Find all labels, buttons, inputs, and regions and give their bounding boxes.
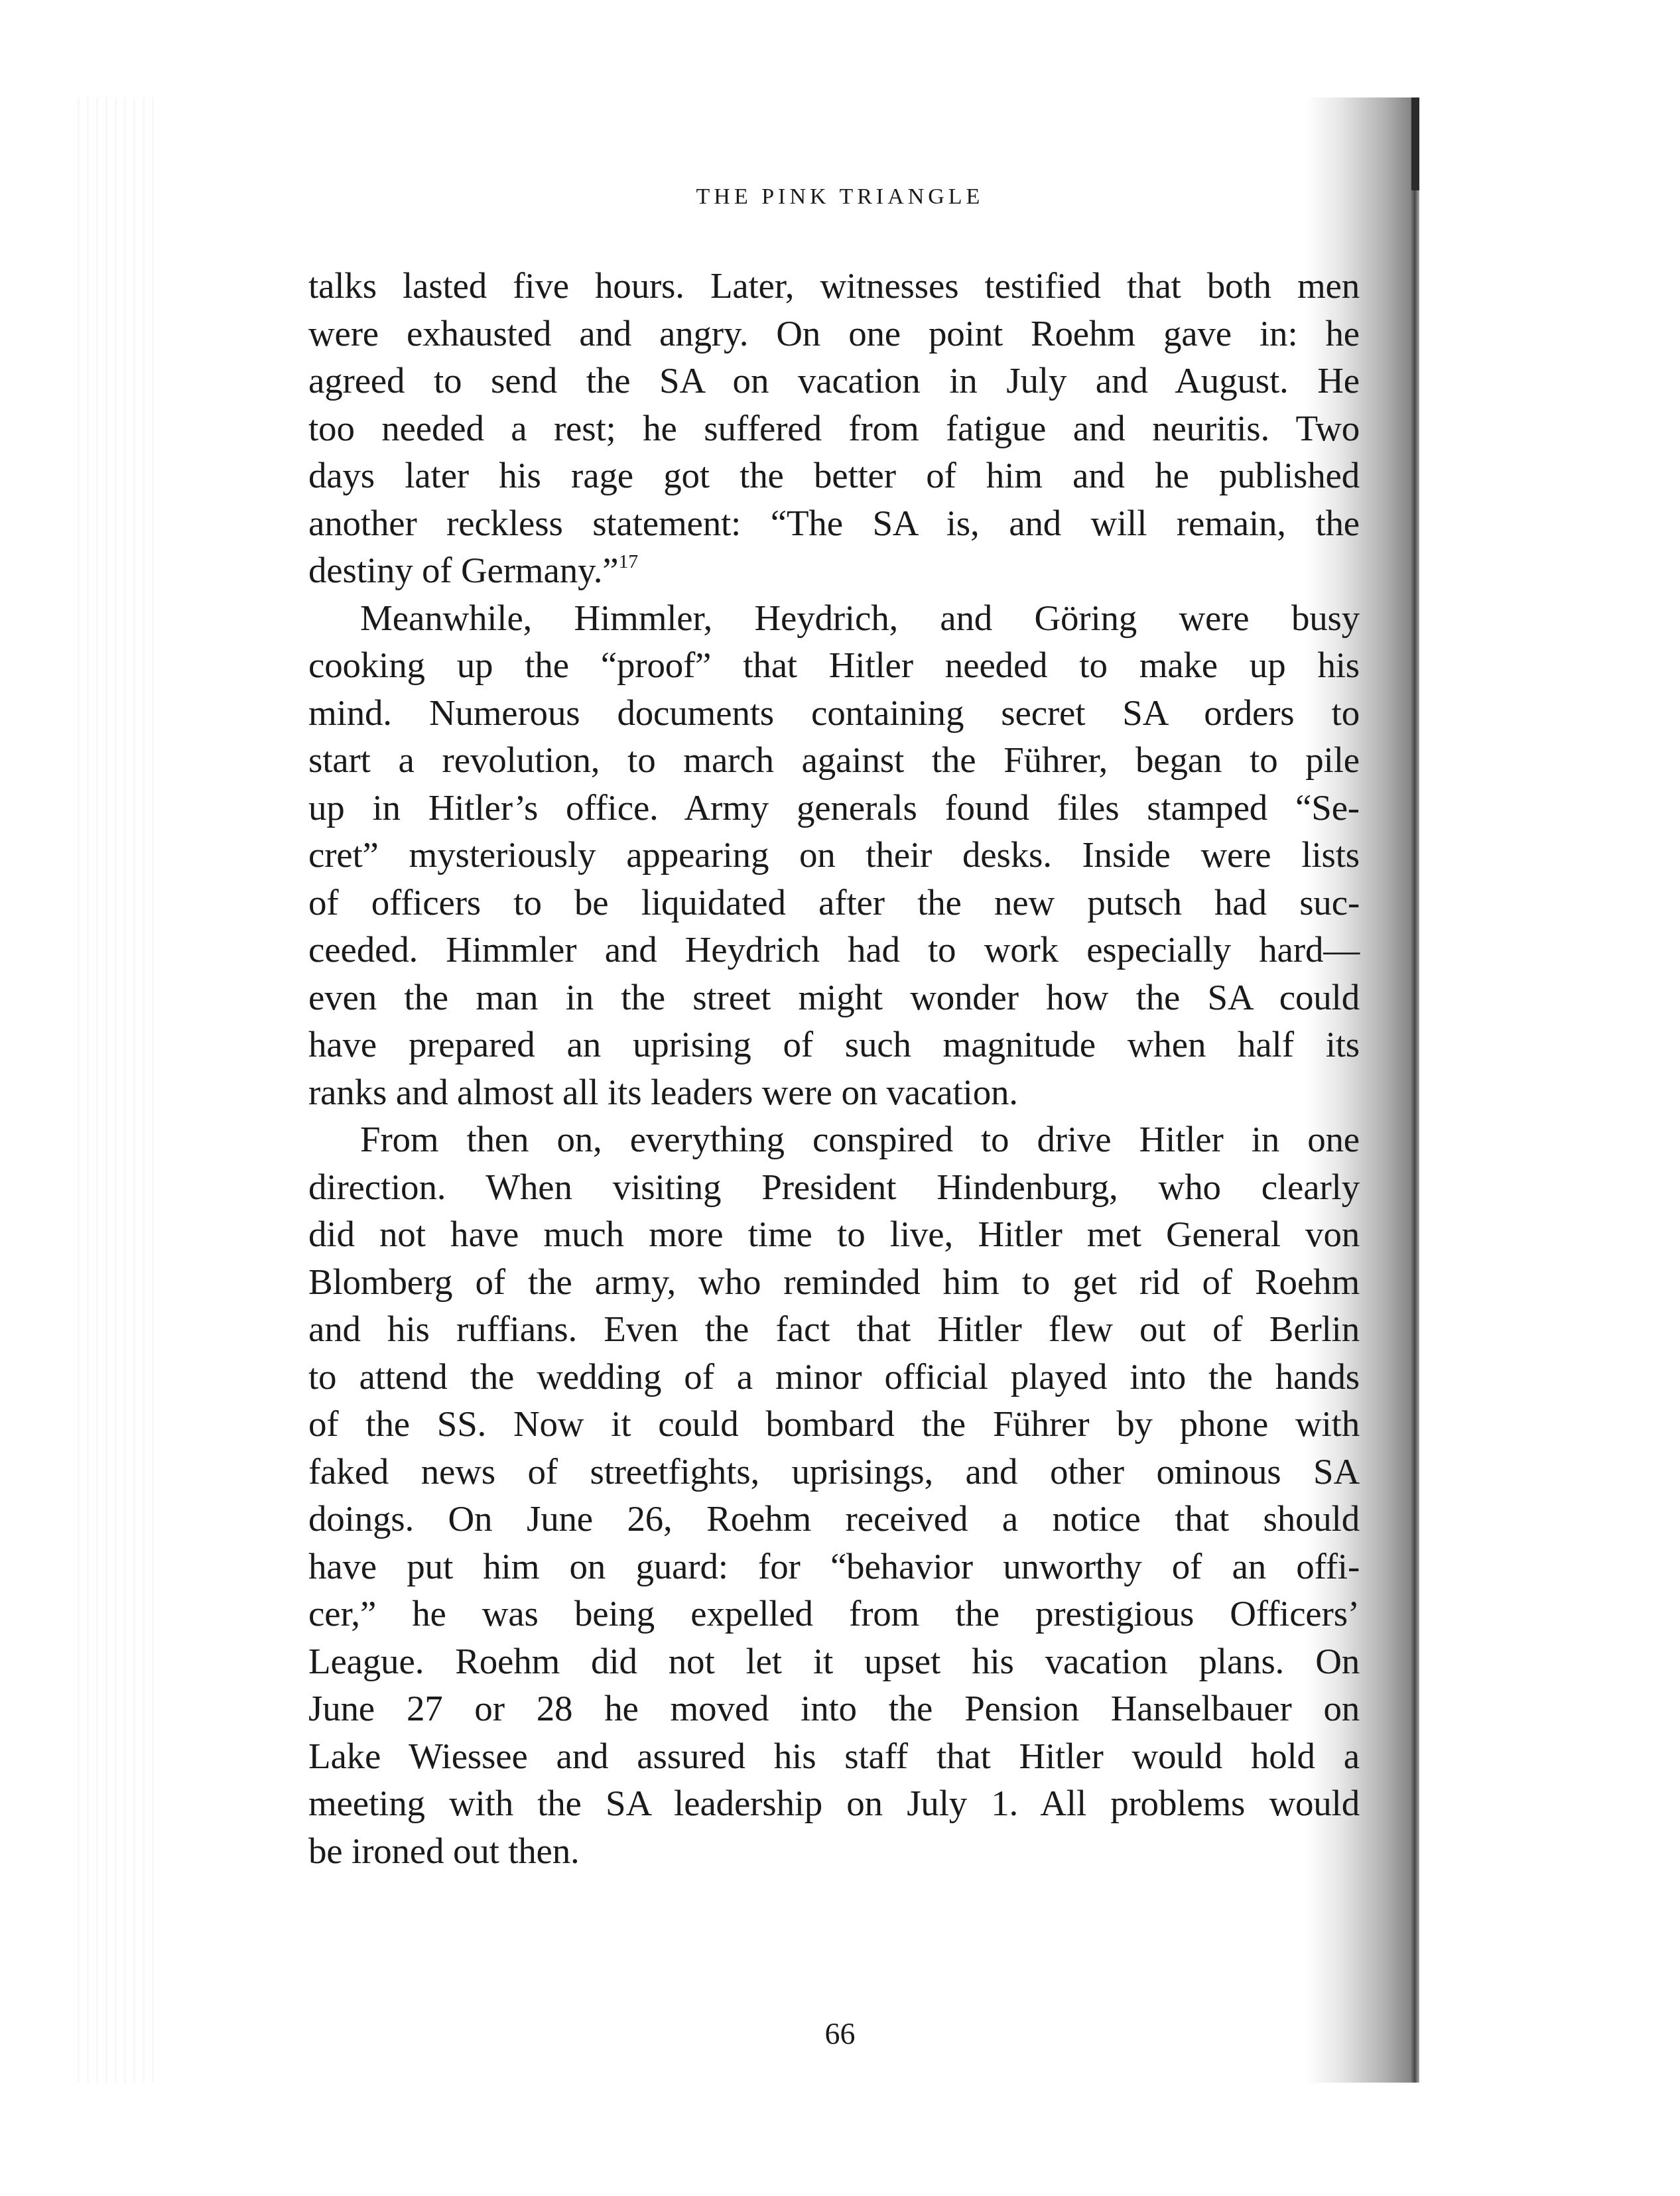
text-line: to attend the wedding of a minor officia… [308,1353,1360,1401]
line-text: faked news of streetfights, uprisings, a… [308,1451,1360,1492]
text-line: were exhausted and angry. On one point R… [308,310,1360,357]
page-number: 66 [0,2016,1680,2051]
line-text: cer,” he was being expelled from the pre… [308,1593,1360,1634]
line-text: agreed to send the SA on vacation in Jul… [308,360,1360,401]
running-head: THE PINK TRIANGLE [0,184,1680,210]
line-text: even the man in the street might wonder … [308,977,1360,1017]
text-line: meeting with the SA leadership on July 1… [308,1779,1360,1827]
line-text: destiny of Germany.” [308,550,618,590]
line-text: cooking up the “proof” that Hitler neede… [308,645,1360,685]
line-text: June 27 or 28 he moved into the Pension … [308,1688,1360,1728]
line-text: were exhausted and angry. On one point R… [308,313,1360,354]
line-text: Lake Wiessee and assured his staff that … [308,1736,1360,1776]
text-line: too needed a rest; he suffered from fati… [308,405,1360,452]
line-text: ranks and almost all its leaders were on… [308,1072,1018,1112]
line-text: meeting with the SA leadership on July 1… [308,1783,1360,1823]
line-text: another reckless statement: “The SA is, … [308,503,1360,543]
text-line: even the man in the street might wonder … [308,974,1360,1021]
footnote-reference: 17 [618,550,638,572]
facing-page-bleed-through [78,97,157,2083]
text-line: of the SS. Now it could bombard the Führ… [308,1400,1360,1448]
line-text: talks lasted five hours. Later, witnesse… [308,265,1360,306]
text-line: agreed to send the SA on vacation in Jul… [308,357,1360,405]
text-line: cooking up the “proof” that Hitler neede… [308,641,1360,689]
text-line: cret” mysteriously appearing on their de… [308,831,1360,879]
line-text: ceeded. Himmler and Heydrich had to work… [308,929,1360,970]
text-line: Lake Wiessee and assured his staff that … [308,1732,1360,1780]
line-text: up in Hitler’s office. Army generals fou… [308,787,1360,828]
text-line: ranks and almost all its leaders were on… [308,1068,1360,1116]
line-text: have put him on guard: for “behavior unw… [308,1546,1360,1586]
line-text: too needed a rest; he suffered from fati… [308,408,1360,448]
line-text: cret” mysteriously appearing on their de… [308,834,1360,875]
line-text: doings. On June 26, Roehm received a not… [308,1498,1360,1539]
text-line: another reckless statement: “The SA is, … [308,499,1360,547]
text-line: start a revolution, to march against the… [308,736,1360,784]
line-text: have prepared an uprising of such magnit… [308,1024,1360,1065]
text-line: talks lasted five hours. Later, witnesse… [308,262,1360,310]
text-line: League. Roehm did not let it upset his v… [308,1638,1360,1685]
text-line: days later his rage got the better of hi… [308,452,1360,499]
line-text: From then on, everything conspired to dr… [360,1119,1360,1159]
line-text: Meanwhile, Himmler, Heydrich, and Göring… [360,598,1360,638]
line-text: did not have much more time to live, Hit… [308,1214,1360,1254]
text-line: have prepared an uprising of such magnit… [308,1021,1360,1068]
text-line: ceeded. Himmler and Heydrich had to work… [308,926,1360,974]
text-line: cer,” he was being expelled from the pre… [308,1590,1360,1638]
body-text: talks lasted five hours. Later, witnesse… [308,262,1360,1874]
text-line: of officers to be liquidated after the n… [308,879,1360,927]
text-line: destiny of Germany.”17 [308,547,1360,594]
text-line: doings. On June 26, Roehm received a not… [308,1495,1360,1543]
line-text: to attend the wedding of a minor officia… [308,1356,1360,1397]
book-spine-edge [1411,97,1419,190]
line-text: of the SS. Now it could bombard the Führ… [308,1403,1360,1444]
line-text: and his ruffians. Even the fact that Hit… [308,1309,1360,1349]
line-text: League. Roehm did not let it upset his v… [308,1641,1360,1681]
line-text: start a revolution, to march against the… [308,740,1360,780]
paragraph-first-line: From then on, everything conspired to dr… [308,1116,1360,1163]
paragraph-first-line: Meanwhile, Himmler, Heydrich, and Göring… [308,594,1360,642]
line-text: be ironed out then. [308,1831,580,1871]
text-line: have put him on guard: for “behavior unw… [308,1543,1360,1590]
text-line: faked news of streetfights, uprisings, a… [308,1448,1360,1496]
text-line: be ironed out then. [308,1827,1360,1875]
text-line: June 27 or 28 he moved into the Pension … [308,1685,1360,1732]
line-text: days later his rage got the better of hi… [308,455,1360,495]
text-line: mind. Numerous documents containing secr… [308,689,1360,737]
text-line: direction. When visiting President Hinde… [308,1163,1360,1211]
text-line: did not have much more time to live, Hit… [308,1210,1360,1258]
line-text: direction. When visiting President Hinde… [308,1167,1360,1207]
line-text: mind. Numerous documents containing secr… [308,692,1360,733]
line-text: Blomberg of the army, who reminded him t… [308,1261,1360,1302]
line-text: of officers to be liquidated after the n… [308,882,1360,923]
text-line: up in Hitler’s office. Army generals fou… [308,784,1360,832]
text-line: Blomberg of the army, who reminded him t… [308,1258,1360,1306]
text-line: and his ruffians. Even the fact that Hit… [308,1305,1360,1353]
